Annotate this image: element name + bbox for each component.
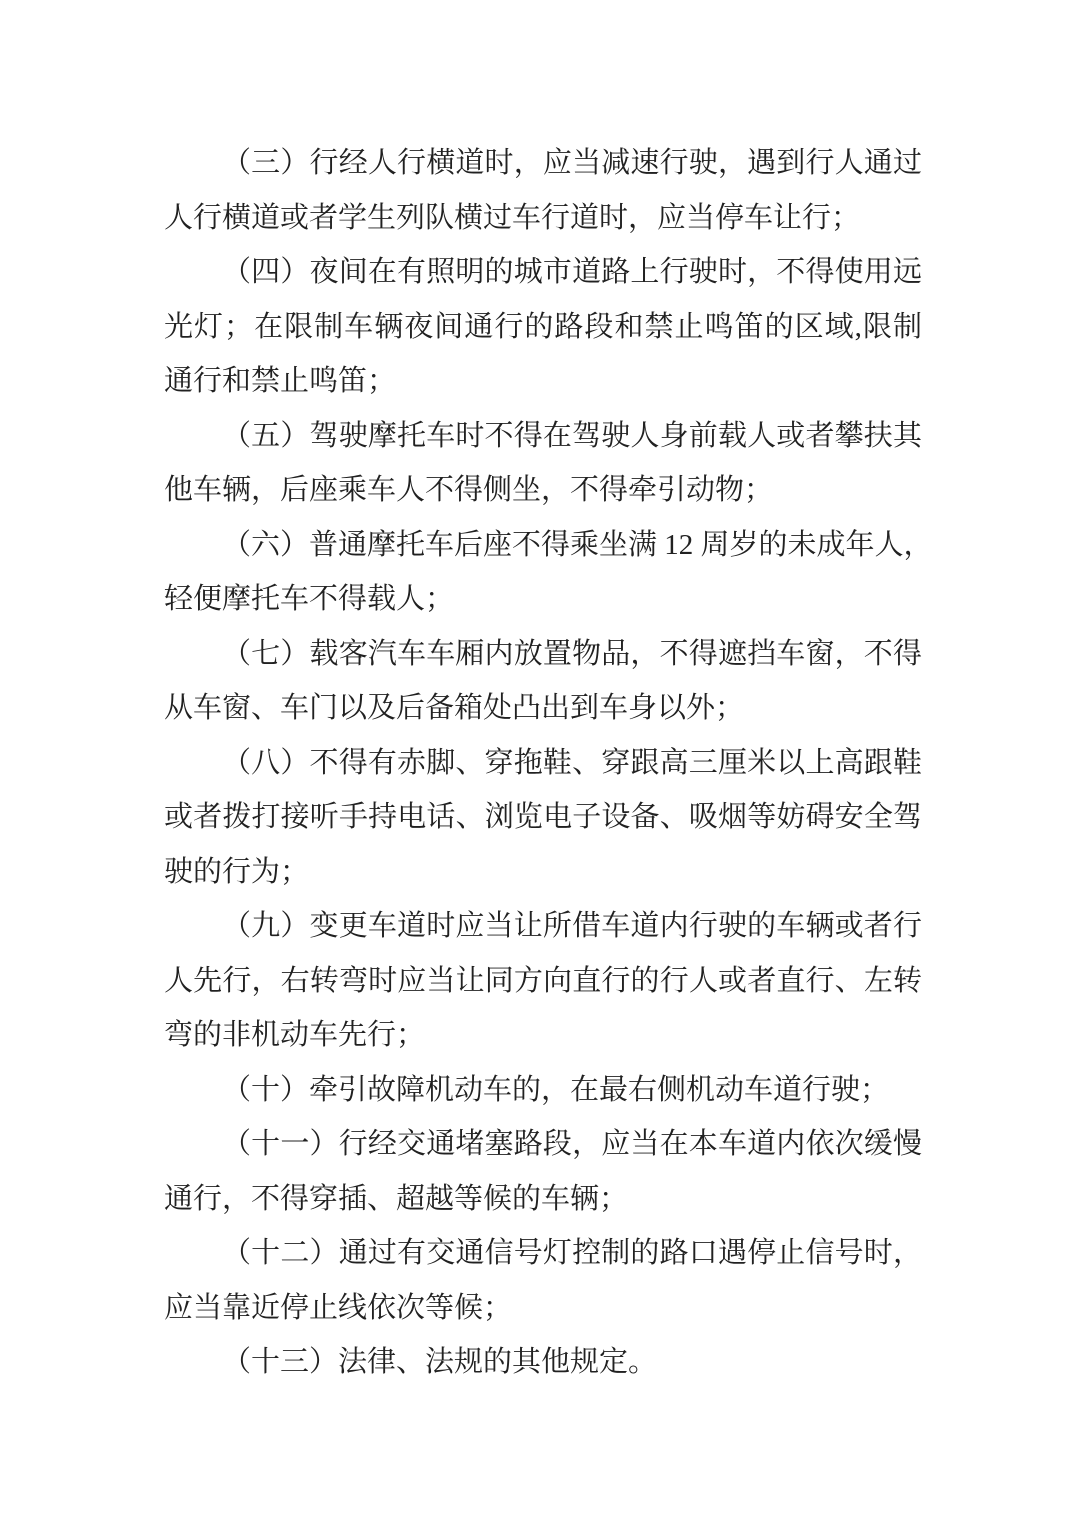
paragraph: （十）牵引故障机动车的，在最右侧机动车道行驶； [164, 1063, 922, 1118]
paragraph: （三）行经人行横道时，应当减速行驶，遇到行人通过人行横道或者学生列队横过车行道时… [164, 136, 922, 245]
text-line: 通行，不得穿插、超越等候的车辆； [164, 1172, 922, 1227]
text-line: （八）不得有赤脚、穿拖鞋、穿跟高三厘米以上高跟鞋 [164, 736, 922, 791]
paragraph: （十二）通过有交通信号灯控制的路口遇停止信号时，应当靠近停止线依次等候； [164, 1226, 922, 1335]
text-line: 光灯；在限制车辆夜间通行的路段和禁止鸣笛的区域,限制 [164, 300, 922, 355]
text-line: （十一）行经交通堵塞路段，应当在本车道内依次缓慢 [164, 1117, 922, 1172]
text-line: 或者拨打接听手持电话、浏览电子设备、吸烟等妨碍安全驾 [164, 790, 922, 845]
paragraph: （七）载客汽车车厢内放置物品，不得遮挡车窗，不得从车窗、车门以及后备箱处凸出到车… [164, 627, 922, 736]
document-page: （三）行经人行横道时，应当减速行驶，遇到行人通过人行横道或者学生列队横过车行道时… [0, 0, 1074, 1520]
text-line: 从车窗、车门以及后备箱处凸出到车身以外； [164, 681, 922, 736]
text-line: （四）夜间在有照明的城市道路上行驶时，不得使用远 [164, 245, 922, 300]
text-line: （六）普通摩托车后座不得乘坐满 12 周岁的未成年人， [164, 518, 922, 573]
text-line: 弯的非机动车先行； [164, 1008, 922, 1063]
text-line: 他车辆，后座乘车人不得侧坐，不得牵引动物； [164, 463, 922, 518]
text-line: （十二）通过有交通信号灯控制的路口遇停止信号时， [164, 1226, 922, 1281]
paragraph: （十三）法律、法规的其他规定。 [164, 1335, 922, 1390]
text-line: 驶的行为； [164, 845, 922, 900]
paragraph: （八）不得有赤脚、穿拖鞋、穿跟高三厘米以上高跟鞋或者拨打接听手持电话、浏览电子设… [164, 736, 922, 900]
text-line: （九）变更车道时应当让所借车道内行驶的车辆或者行 [164, 899, 922, 954]
text-line: （五）驾驶摩托车时不得在驾驶人身前载人或者攀扶其 [164, 409, 922, 464]
text-line: （三）行经人行横道时，应当减速行驶，遇到行人通过 [164, 136, 922, 191]
paragraph: （五）驾驶摩托车时不得在驾驶人身前载人或者攀扶其他车辆，后座乘车人不得侧坐，不得… [164, 409, 922, 518]
text-line: 轻便摩托车不得载人； [164, 572, 922, 627]
text-line: （十三）法律、法规的其他规定。 [164, 1335, 922, 1390]
document-body: （三）行经人行横道时，应当减速行驶，遇到行人通过人行横道或者学生列队横过车行道时… [164, 136, 922, 1390]
text-line: 人行横道或者学生列队横过车行道时，应当停车让行； [164, 191, 922, 246]
paragraph: （十一）行经交通堵塞路段，应当在本车道内依次缓慢通行，不得穿插、超越等候的车辆； [164, 1117, 922, 1226]
paragraph: （九）变更车道时应当让所借车道内行驶的车辆或者行人先行，右转弯时应当让同方向直行… [164, 899, 922, 1063]
text-line: （七）载客汽车车厢内放置物品，不得遮挡车窗，不得 [164, 627, 922, 682]
text-line: 应当靠近停止线依次等候； [164, 1281, 922, 1336]
paragraph: （四）夜间在有照明的城市道路上行驶时，不得使用远光灯；在限制车辆夜间通行的路段和… [164, 245, 922, 409]
text-line: 通行和禁止鸣笛； [164, 354, 922, 409]
paragraph: （六）普通摩托车后座不得乘坐满 12 周岁的未成年人，轻便摩托车不得载人； [164, 518, 922, 627]
text-line: （十）牵引故障机动车的，在最右侧机动车道行驶； [164, 1063, 922, 1118]
text-line: 人先行，右转弯时应当让同方向直行的行人或者直行、左转 [164, 954, 922, 1009]
